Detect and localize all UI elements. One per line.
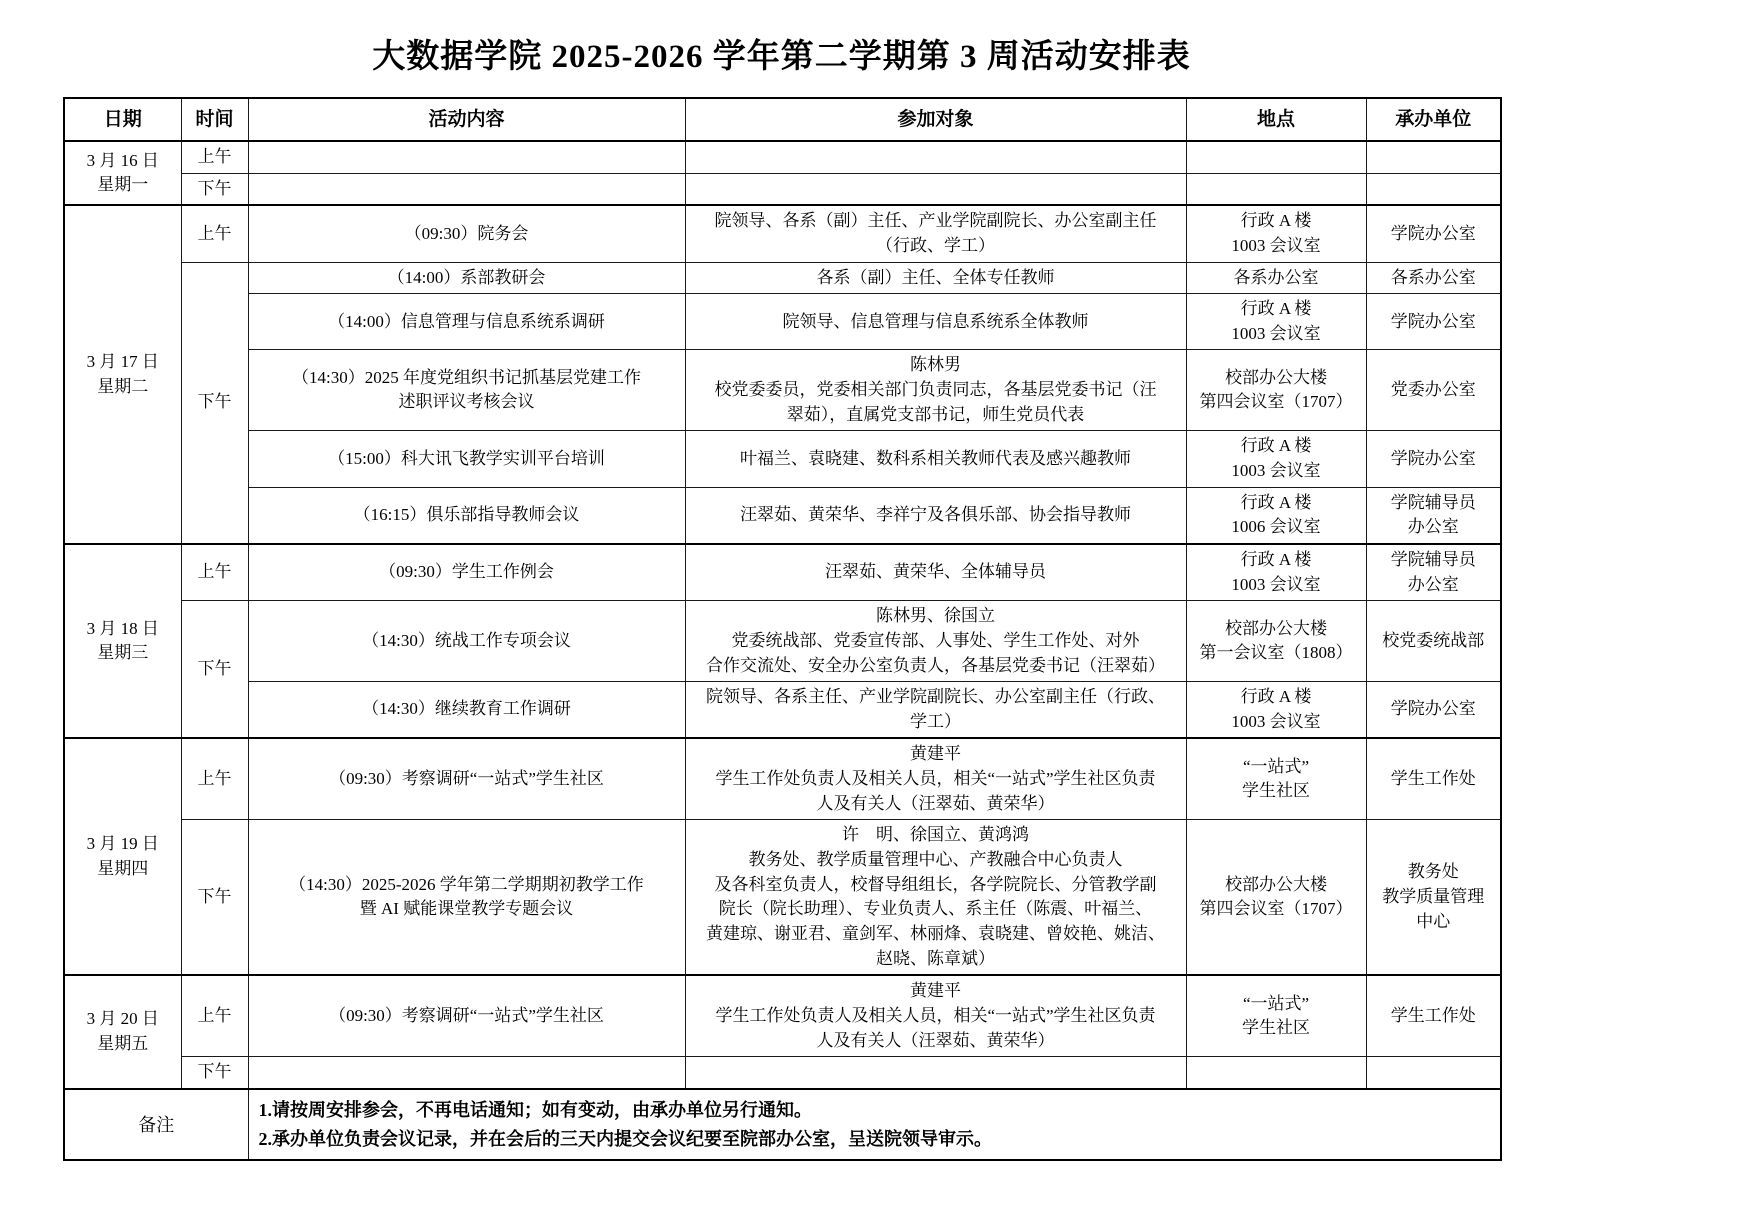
organizer-cell: 学院办公室 <box>1366 431 1501 487</box>
participants-cell: 黄建平 学生工作处负责人及相关人员，相关“一站式”学生社区负责 人及有关人（汪翠… <box>685 975 1186 1056</box>
organizer-cell: 学生工作处 <box>1366 975 1501 1056</box>
participants-cell: 汪翠茹、黄荣华、全体辅导员 <box>685 544 1186 601</box>
schedule-row: 3 月 18 日 星期三上午（09:30）学生工作例会汪翠茹、黄荣华、全体辅导员… <box>64 544 1501 601</box>
participants-cell <box>685 173 1186 205</box>
header-row: 日期 时间 活动内容 参加对象 地点 承办单位 <box>64 98 1501 141</box>
activity-cell: （14:30）2025 年度党组织书记抓基层党建工作 述职评议考核会议 <box>248 350 685 431</box>
schedule-row: （16:15）俱乐部指导教师会议汪翠茹、黄荣华、李祥宁及各俱乐部、协会指导教师行… <box>64 487 1501 544</box>
activity-cell: （15:00）科大讯飞教学实训平台培训 <box>248 431 685 487</box>
location-cell: “一站式” 学生社区 <box>1186 975 1366 1056</box>
location-cell: 校部办公大楼 第四会议室（1707） <box>1186 820 1366 975</box>
schedule-row: 3 月 20 日 星期五上午（09:30）考察调研“一站式”学生社区黄建平 学生… <box>64 975 1501 1056</box>
participants-cell: 黄建平 学生工作处负责人及相关人员，相关“一站式”学生社区负责 人及有关人（汪翠… <box>685 738 1186 819</box>
schedule-table: 日期 时间 活动内容 参加对象 地点 承办单位 3 月 16 日 星期一上午下午… <box>63 97 1502 1161</box>
col-header-time: 时间 <box>181 98 248 141</box>
participants-cell: 叶福兰、袁晓建、数科系相关教师代表及感兴趣教师 <box>685 431 1186 487</box>
activity-cell: （16:15）俱乐部指导教师会议 <box>248 487 685 544</box>
organizer-cell: 学院辅导员 办公室 <box>1366 544 1501 601</box>
location-cell: 各系办公室 <box>1186 262 1366 294</box>
participants-cell: 陈林男、徐国立 党委统战部、党委宣传部、人事处、学生工作处、对外 合作交流处、安… <box>685 601 1186 682</box>
col-header-location: 地点 <box>1186 98 1366 141</box>
activity-cell: （09:30）院务会 <box>248 205 685 262</box>
activity-cell <box>248 173 685 205</box>
time-cell: 下午 <box>181 820 248 975</box>
schedule-row: 3 月 19 日 星期四上午（09:30）考察调研“一站式”学生社区黄建平 学生… <box>64 738 1501 819</box>
schedule-row: （14:30）继续教育工作调研院领导、各系主任、产业学院副院长、办公室副主任（行… <box>64 682 1501 739</box>
time-cell: 上午 <box>181 141 248 173</box>
col-header-date: 日期 <box>64 98 181 141</box>
time-cell: 上午 <box>181 975 248 1056</box>
organizer-cell: 学院办公室 <box>1366 294 1501 350</box>
location-cell: 校部办公大楼 第一会议室（1808） <box>1186 601 1366 682</box>
participants-cell: 陈林男 校党委委员，党委相关部门负责同志，各基层党委书记（汪 翠茹），直属党支部… <box>685 350 1186 431</box>
activity-cell <box>248 141 685 173</box>
date-cell: 3 月 17 日 星期二 <box>64 205 181 544</box>
page-title: 大数据学院 2025-2026 学年第二学期第 3 周活动安排表 <box>63 30 1500 77</box>
organizer-cell <box>1366 173 1501 205</box>
location-cell <box>1186 141 1366 173</box>
location-cell: 行政 A 楼 1006 会议室 <box>1186 487 1366 544</box>
organizer-cell <box>1366 1057 1501 1089</box>
time-cell: 上午 <box>181 544 248 601</box>
schedule-row: （15:00）科大讯飞教学实训平台培训叶福兰、袁晓建、数科系相关教师代表及感兴趣… <box>64 431 1501 487</box>
col-header-activity: 活动内容 <box>248 98 685 141</box>
time-cell: 上午 <box>181 738 248 819</box>
document-page: 大数据学院 2025-2026 学年第二学期第 3 周活动安排表 日期 时间 活… <box>0 0 1744 1228</box>
organizer-cell: 各系办公室 <box>1366 262 1501 294</box>
activity-cell: （09:30）考察调研“一站式”学生社区 <box>248 738 685 819</box>
organizer-cell: 学院办公室 <box>1366 205 1501 262</box>
participants-cell: 院领导、信息管理与信息系统系全体教师 <box>685 294 1186 350</box>
participants-cell <box>685 141 1186 173</box>
organizer-cell: 学生工作处 <box>1366 738 1501 819</box>
organizer-cell: 校党委统战部 <box>1366 601 1501 682</box>
participants-cell: 各系（副）主任、全体专任教师 <box>685 262 1186 294</box>
schedule-row: 下午（14:00）系部教研会各系（副）主任、全体专任教师各系办公室各系办公室 <box>64 262 1501 294</box>
activity-cell: （09:30）考察调研“一站式”学生社区 <box>248 975 685 1056</box>
schedule-row: （14:00）信息管理与信息系统系调研院领导、信息管理与信息系统系全体教师行政 … <box>64 294 1501 350</box>
organizer-cell <box>1366 141 1501 173</box>
activity-cell: （14:00）系部教研会 <box>248 262 685 294</box>
date-cell: 3 月 16 日 星期一 <box>64 141 181 205</box>
date-cell: 3 月 20 日 星期五 <box>64 975 181 1089</box>
participants-cell: 院领导、各系主任、产业学院副院长、办公室副主任（行政、 学工） <box>685 682 1186 739</box>
location-cell: 行政 A 楼 1003 会议室 <box>1186 431 1366 487</box>
participants-cell: 许 明、徐国立、黄鸿鸿 教务处、教学质量管理中心、产教融合中心负责人 及各科室负… <box>685 820 1186 975</box>
organizer-cell: 教务处 教学质量管理 中心 <box>1366 820 1501 975</box>
time-cell: 下午 <box>181 173 248 205</box>
schedule-row: 下午（14:30）2025-2026 学年第二学期期初教学工作 暨 AI 赋能课… <box>64 820 1501 975</box>
notes-label: 备注 <box>64 1089 248 1161</box>
date-cell: 3 月 19 日 星期四 <box>64 738 181 975</box>
location-cell: 行政 A 楼 1003 会议室 <box>1186 544 1366 601</box>
activity-cell <box>248 1057 685 1089</box>
activity-cell: （14:30）继续教育工作调研 <box>248 682 685 739</box>
time-cell: 上午 <box>181 205 248 262</box>
location-cell: 校部办公大楼 第四会议室（1707） <box>1186 350 1366 431</box>
col-header-organizer: 承办单位 <box>1366 98 1501 141</box>
time-cell: 下午 <box>181 601 248 739</box>
participants-cell <box>685 1057 1186 1089</box>
organizer-cell: 学院办公室 <box>1366 682 1501 739</box>
schedule-row: （14:30）2025 年度党组织书记抓基层党建工作 述职评议考核会议陈林男 校… <box>64 350 1501 431</box>
location-cell <box>1186 1057 1366 1089</box>
activity-cell: （09:30）学生工作例会 <box>248 544 685 601</box>
schedule-row: 下午（14:30）统战工作专项会议陈林男、徐国立 党委统战部、党委宣传部、人事处… <box>64 601 1501 682</box>
location-cell: 行政 A 楼 1003 会议室 <box>1186 294 1366 350</box>
participants-cell: 汪翠茹、黄荣华、李祥宁及各俱乐部、协会指导教师 <box>685 487 1186 544</box>
location-cell: “一站式” 学生社区 <box>1186 738 1366 819</box>
date-cell: 3 月 18 日 星期三 <box>64 544 181 738</box>
location-cell: 行政 A 楼 1003 会议室 <box>1186 682 1366 739</box>
time-cell: 下午 <box>181 1057 248 1089</box>
activity-cell: （14:00）信息管理与信息系统系调研 <box>248 294 685 350</box>
notes-text: 1.请按周安排参会，不再电话通知；如有变动，由承办单位另行通知。 2.承办单位负… <box>248 1089 1501 1161</box>
notes-row: 备注1.请按周安排参会，不再电话通知；如有变动，由承办单位另行通知。 2.承办单… <box>64 1089 1501 1161</box>
schedule-row: 3 月 17 日 星期二上午（09:30）院务会院领导、各系（副）主任、产业学院… <box>64 205 1501 262</box>
location-cell <box>1186 173 1366 205</box>
activity-cell: （14:30）统战工作专项会议 <box>248 601 685 682</box>
schedule-row: 下午 <box>64 1057 1501 1089</box>
organizer-cell: 党委办公室 <box>1366 350 1501 431</box>
participants-cell: 院领导、各系（副）主任、产业学院副院长、办公室副主任 （行政、学工） <box>685 205 1186 262</box>
schedule-row: 下午 <box>64 173 1501 205</box>
schedule-row: 3 月 16 日 星期一上午 <box>64 141 1501 173</box>
location-cell: 行政 A 楼 1003 会议室 <box>1186 205 1366 262</box>
time-cell: 下午 <box>181 262 248 544</box>
organizer-cell: 学院辅导员 办公室 <box>1366 487 1501 544</box>
col-header-participants: 参加对象 <box>685 98 1186 141</box>
activity-cell: （14:30）2025-2026 学年第二学期期初教学工作 暨 AI 赋能课堂教… <box>248 820 685 975</box>
